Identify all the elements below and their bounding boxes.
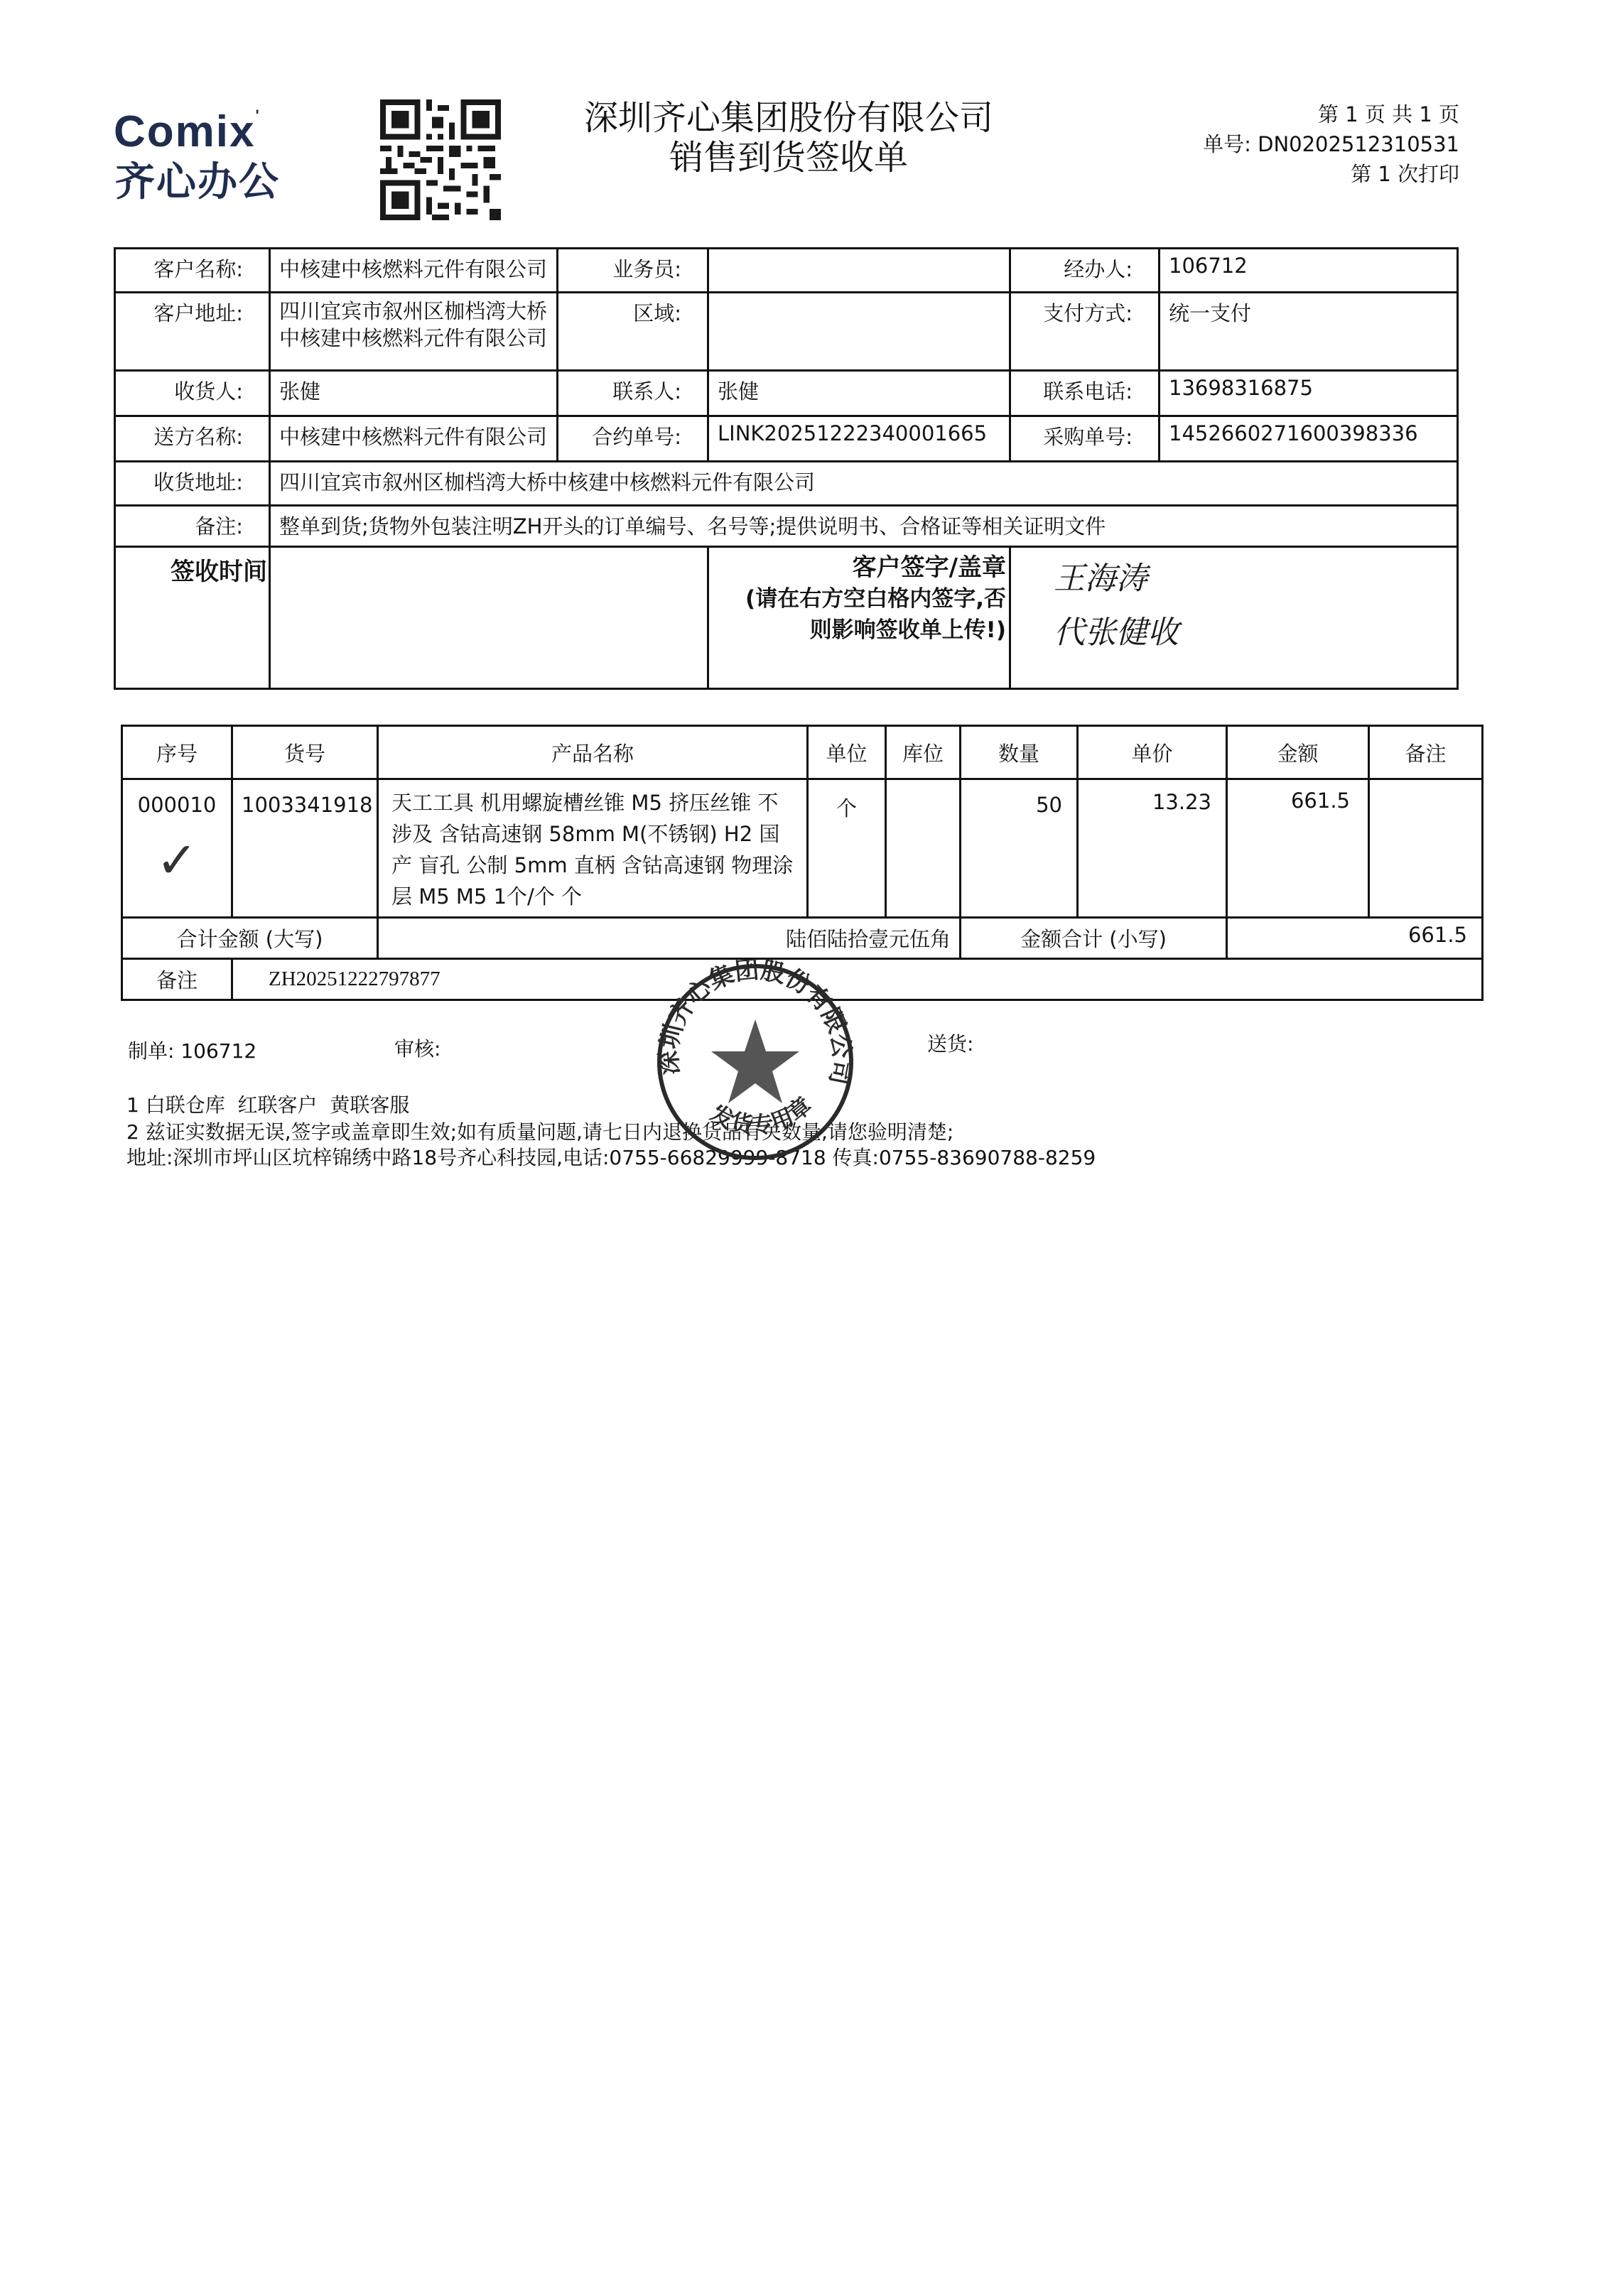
customer-name: 中核建中核燃料元件有限公司 <box>270 249 558 293</box>
company-logo-cn: 齐心办公 <box>115 151 280 207</box>
document-title: 深圳齐心集团股份有限公司 销售到货签收单 <box>554 98 1023 178</box>
customer-address: 四川宜宾市叙州区枷档湾大桥中核建中核燃料元件有限公司 <box>270 293 558 371</box>
svg-text:发货专用章: 发货专用章 <box>706 1092 817 1139</box>
item-price: 13.23 <box>1078 779 1227 918</box>
phone: 13698316875 <box>1160 371 1458 416</box>
region-label: 区域: <box>558 293 708 371</box>
total-upper-label: 合计金额 (大写) <box>122 918 378 959</box>
item-amount: 661.5 <box>1227 779 1369 918</box>
reviewer: 审核: <box>394 1034 441 1062</box>
total-row: 合计金额 (大写) 陆佰陆拾壹元伍角 金额合计 (小写) 661.5 <box>122 918 1483 959</box>
po-no: 1452660271600398336 <box>1160 416 1458 462</box>
item-sku: 1003341918 <box>232 779 378 918</box>
col-seq: 序号 <box>122 726 232 779</box>
item-qty: 50 <box>961 779 1078 918</box>
signature-instructions: 客户签字/盖章 (请在右方空白格内签字,否 则影响签收单上传!) <box>708 547 1010 689</box>
sign-time-field[interactable] <box>270 547 708 689</box>
sign-time-label: 签收时间 <box>115 547 270 689</box>
item-location <box>886 779 961 918</box>
copy-distribution-note: 1 白联仓库 红联客户 黄联客服 <box>126 1090 409 1118</box>
handler-label: 经办人: <box>1010 249 1160 293</box>
form-title: 销售到货签收单 <box>554 138 1023 178</box>
col-price: 单价 <box>1078 726 1227 779</box>
maker: 制单: 106712 <box>128 1036 256 1064</box>
payment-label: 支付方式: <box>1010 293 1160 371</box>
company-name: 深圳齐心集团股份有限公司 <box>554 98 1023 138</box>
col-remark: 备注 <box>1369 726 1483 779</box>
phone-label: 联系电话: <box>1010 371 1160 416</box>
delivery-address: 四川宜宾市叙州区枷档湾大桥中核建中核燃料元件有限公司 <box>270 462 1458 506</box>
col-location: 库位 <box>886 726 961 779</box>
checkmark-icon: ✓ <box>131 831 222 889</box>
qr-code-icon <box>380 99 501 220</box>
contact: 张健 <box>708 371 1010 416</box>
salesperson <box>708 249 1010 293</box>
total-lower: 661.5 <box>1227 918 1483 959</box>
col-amount: 金额 <box>1227 726 1369 779</box>
delivery-address-label: 收货地址: <box>115 462 270 506</box>
contract-no-label: 合约单号: <box>558 416 708 462</box>
contract-no: LINK20251222340001665 <box>708 416 1010 462</box>
col-qty: 数量 <box>961 726 1078 779</box>
signature-line-2: 代张健收 <box>1054 606 1448 660</box>
notes: 整单到货;货物外包装注明ZH开头的订单编号、名号等;提供说明书、合格证等相关证明… <box>270 506 1458 547</box>
customer-info-table: 客户名称: 中核建中核燃料元件有限公司 业务员: 经办人: 106712 客户地… <box>114 247 1459 690</box>
delivery: 送货: <box>927 1029 973 1057</box>
salesperson-label: 业务员: <box>558 249 708 293</box>
payment-method: 统一支付 <box>1160 293 1458 371</box>
company-seal-icon: 深圳齐心集团股份有限公司 发货专用章 <box>652 959 858 1165</box>
customer-signature-box[interactable]: 王海涛 代张健收 <box>1010 547 1458 689</box>
customer-address-label: 客户地址: <box>115 293 270 371</box>
items-header-row: 序号 货号 产品名称 单位 库位 数量 单价 金额 备注 <box>122 726 1483 779</box>
po-no-label: 采购单号: <box>1010 416 1160 462</box>
item-unit: 个 <box>808 779 886 918</box>
region <box>708 293 1010 371</box>
company-logo-en: Comix' <box>114 107 261 157</box>
item-remark <box>1369 779 1483 918</box>
contact-label: 联系人: <box>558 371 708 416</box>
col-product-name: 产品名称 <box>378 726 808 779</box>
table-row: 000010 ✓ 1003341918 天工工具 机用螺旋槽丝锥 M5 挤压丝锥… <box>122 779 1483 918</box>
remark-label: 备注 <box>122 959 232 1000</box>
notes-label: 备注: <box>115 506 270 547</box>
total-lower-label: 金额合计 (小写) <box>961 918 1227 959</box>
ship-to-label: 送方名称: <box>115 416 270 462</box>
document-number: 单号: DN0202512310531 <box>1203 129 1459 159</box>
col-sku: 货号 <box>232 726 378 779</box>
signature-line-1: 王海涛 <box>1054 552 1448 606</box>
item-seq: 000010 ✓ <box>122 779 232 918</box>
item-name: 天工工具 机用螺旋槽丝锥 M5 挤压丝锥 不涉及 含钴高速钢 58mm M(不锈… <box>378 779 808 918</box>
customer-name-label: 客户名称: <box>115 249 270 293</box>
document-meta: 第 1 页 共 1 页 单号: DN0202512310531 第 1 次打印 <box>1203 99 1459 189</box>
ship-to: 中核建中核燃料元件有限公司 <box>270 416 558 462</box>
col-unit: 单位 <box>808 726 886 779</box>
receiver-label: 收货人: <box>115 371 270 416</box>
print-count: 第 1 次打印 <box>1203 159 1459 189</box>
company-address: 地址:深圳市坪山区坑梓锦绣中路18号齐心科技园,电话:0755-66829999… <box>126 1142 1096 1171</box>
handler: 106712 <box>1160 249 1458 293</box>
receiver: 张健 <box>270 371 558 416</box>
total-upper: 陆佰陆拾壹元伍角 <box>378 918 961 959</box>
page-info: 第 1 页 共 1 页 <box>1203 99 1459 129</box>
